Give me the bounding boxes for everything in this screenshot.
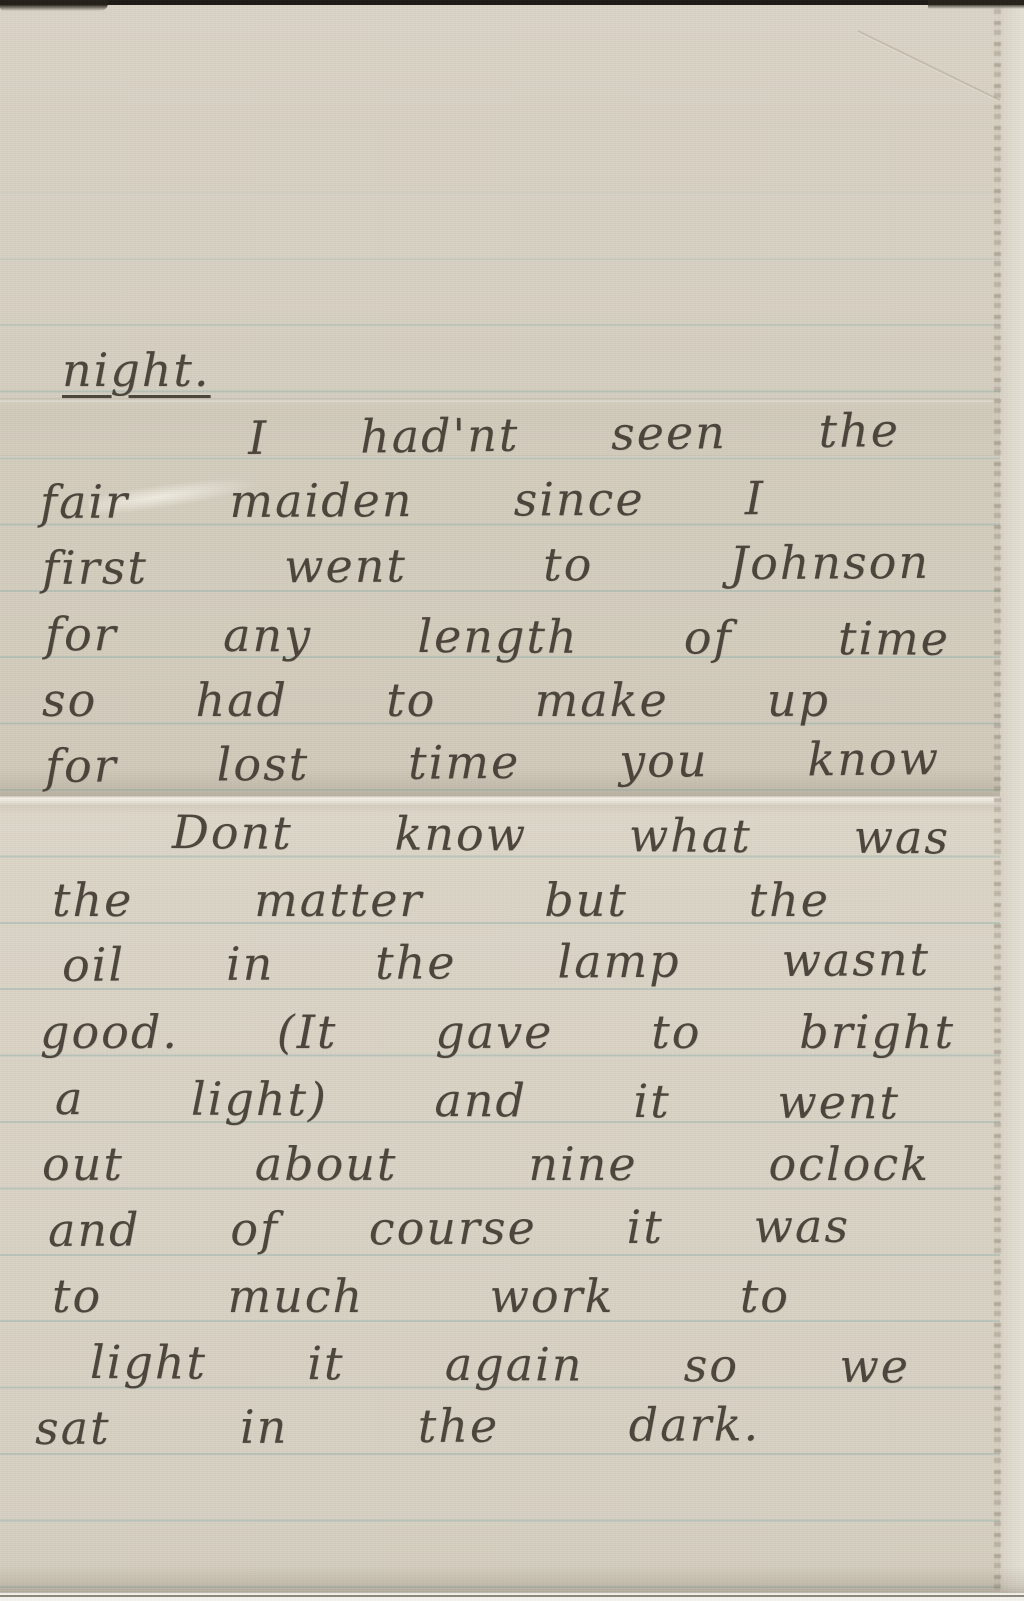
page-bottom-shadow [0, 1566, 1024, 1593]
handwritten-line: for any length of time [45, 604, 950, 669]
scan-background: { "page": { "kind": "Scanned handwritten… [0, 0, 1024, 1601]
handwritten-line: night. [62, 340, 242, 400]
scan-edge-top-right [928, 0, 1024, 9]
handwritten-line: a light) and it went [55, 1068, 900, 1132]
handwritten-line: for lost time you know [45, 728, 940, 796]
handwritten-line: light it again so we [90, 1332, 910, 1396]
torn-right-edge [994, 0, 1001, 1593]
right-edge-strip [1000, 0, 1024, 1593]
handwritten-line: the matter but the [52, 870, 830, 930]
handwritten-line: to much work to [52, 1266, 790, 1326]
handwritten-line: first went to Johnson [42, 532, 930, 598]
handwritten-line: Dont know what was [172, 802, 950, 867]
handwritten-line: fair maiden since I [40, 468, 765, 532]
handwritten-line: out about nine oclock [42, 1134, 930, 1194]
handwritten-line: sat in the dark. [35, 1394, 760, 1458]
scan-edge-bottom [0, 1593, 1024, 1601]
scan-edge-top-left [0, 0, 108, 11]
handwritten-line: oil in the lamp wasnt [62, 929, 930, 995]
handwritten-line: I had'nt seen the [248, 400, 901, 468]
handwritten-line: good. (It gave to bright [40, 1002, 955, 1062]
handwritten-line: and of course it was [48, 1196, 850, 1260]
handwritten-line: so had to make up [42, 670, 830, 730]
letter-page: night. I had'nt seen the fair maiden sin… [0, 0, 1024, 1601]
scan-edge-top [0, 0, 1024, 5]
